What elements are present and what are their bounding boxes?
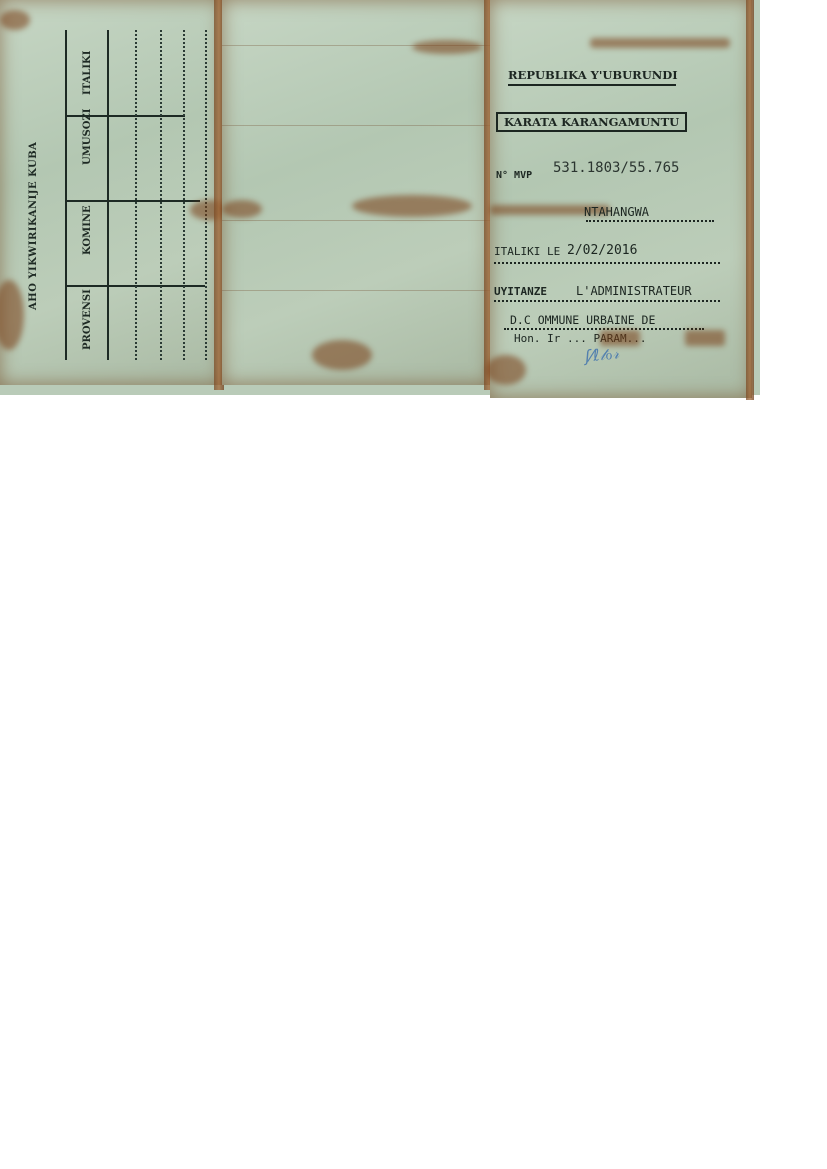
left-panel-title: AHO YIKWIRIKANIJE KUBA bbox=[28, 142, 39, 310]
number-label: N° MVP bbox=[496, 170, 532, 181]
divider bbox=[65, 30, 67, 360]
middle-panel bbox=[222, 0, 490, 385]
id-card: AHO YIKWIRIKANIJE KUBA PROVENSI KOMINE U… bbox=[0, 0, 760, 395]
issue-date: 2/02/2016 bbox=[567, 243, 637, 258]
column-provensi: PROVENSI bbox=[82, 289, 93, 350]
dotted-line bbox=[160, 30, 162, 360]
stain bbox=[352, 195, 472, 217]
holder-name: NTAHANGWA bbox=[584, 205, 649, 219]
crease bbox=[222, 290, 490, 291]
stain bbox=[412, 40, 482, 54]
stain bbox=[685, 330, 725, 346]
column-komine: KOMINE bbox=[82, 205, 93, 255]
stain bbox=[222, 200, 262, 218]
dotted-line bbox=[586, 220, 714, 222]
divider bbox=[65, 200, 200, 202]
issuer-label: UYITANZE bbox=[494, 285, 547, 298]
underline bbox=[508, 84, 676, 86]
dotted-line bbox=[205, 30, 207, 360]
column-umusozi: UMUSOZI bbox=[82, 109, 93, 165]
card-title: KARATA KARANGAMUNTU bbox=[496, 112, 687, 132]
stain bbox=[486, 355, 526, 385]
dotted-line bbox=[494, 300, 720, 302]
issuer-title: L'ADMINISTRATEUR bbox=[576, 284, 692, 298]
left-panel: AHO YIKWIRIKANIJE KUBA PROVENSI KOMINE U… bbox=[0, 0, 222, 385]
card-edge bbox=[746, 0, 754, 400]
dotted-line bbox=[494, 262, 720, 264]
dotted-line bbox=[183, 30, 185, 360]
stain bbox=[590, 38, 730, 48]
dotted-line bbox=[135, 30, 137, 360]
divider bbox=[107, 30, 109, 360]
column-italiki: ITALIKI bbox=[82, 51, 93, 95]
right-panel: REPUBLIKA Y'UBURUNDI KARATA KARANGAMUNTU… bbox=[490, 0, 752, 398]
signature: ʃ⁄ℓ𝓉ℴ𝓇 bbox=[584, 343, 620, 366]
date-label: ITALIKI LE bbox=[494, 245, 560, 258]
crease bbox=[222, 220, 490, 221]
stain bbox=[0, 10, 30, 30]
stain bbox=[312, 340, 372, 370]
crease bbox=[222, 125, 490, 126]
issuer-commune: D.C OMMUNE URBAINE DE bbox=[510, 313, 655, 327]
card-number: 531.1803/55.765 bbox=[553, 160, 679, 176]
country-name: REPUBLIKA Y'UBURUNDI bbox=[508, 68, 678, 82]
